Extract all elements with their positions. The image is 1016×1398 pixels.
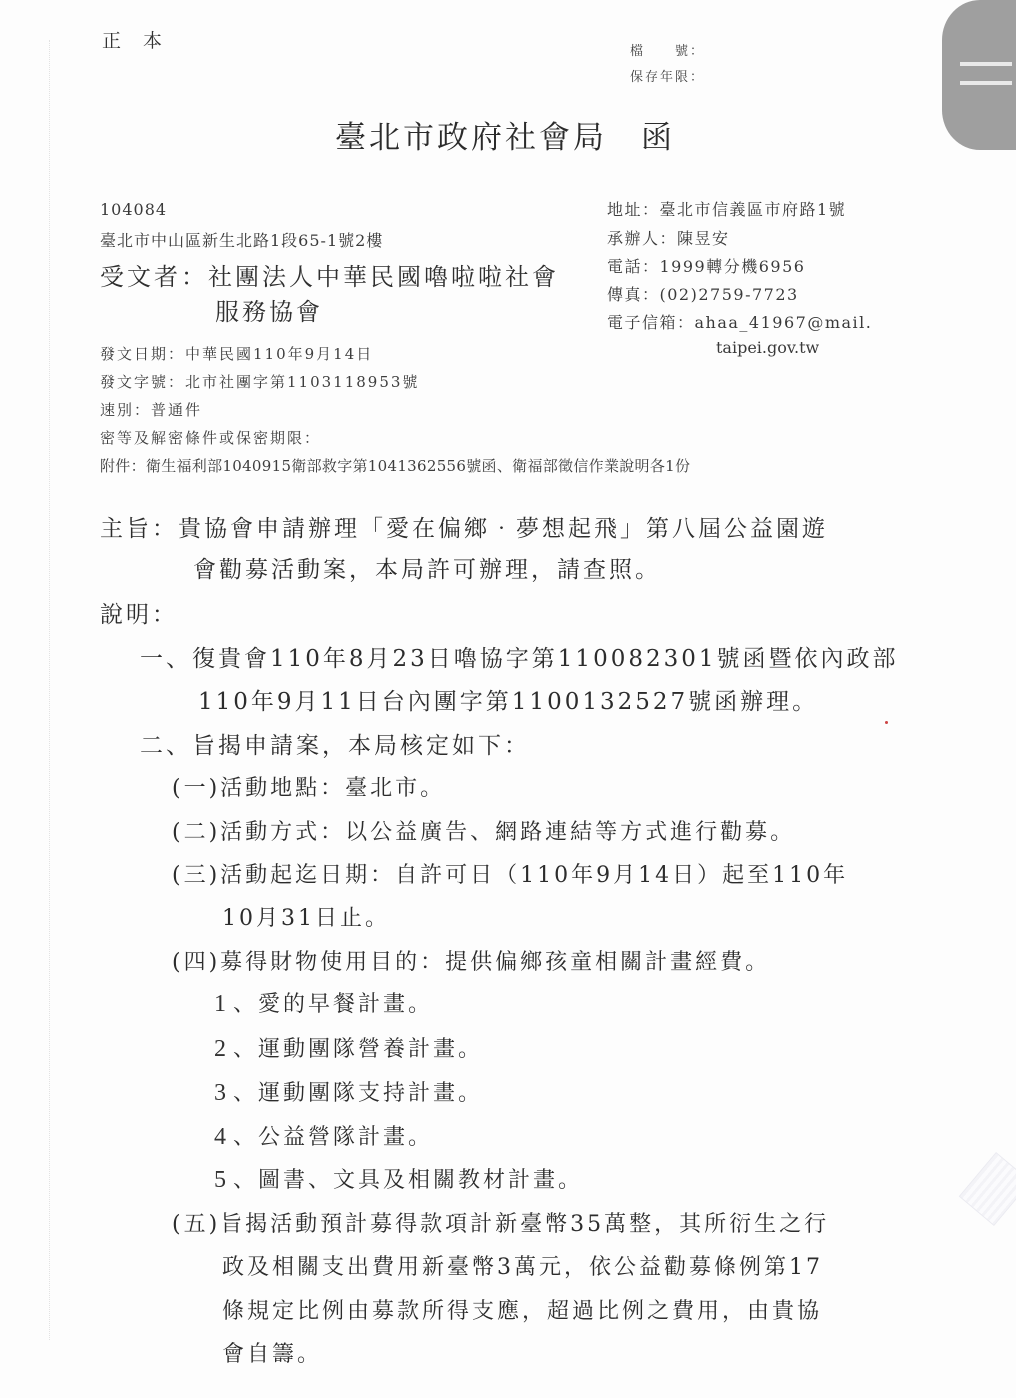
sender-phone: 電話：1999轉分機6956 xyxy=(607,254,805,277)
sender-email-domain: taipei.gov.tw xyxy=(716,338,819,357)
plan-item: 5、圖書、文具及相關教材計畫。 xyxy=(214,1163,583,1194)
retention-period-label: 保存年限： xyxy=(630,66,705,85)
delivery-speed: 速別：普通件 xyxy=(100,399,202,420)
issue-number: 發文字號：北市社團字第1103118953號 xyxy=(100,371,419,392)
explanation-item1-line1: 一、復貴會110年8月23日嚕協字第110082301號函暨依內政部 xyxy=(140,640,899,673)
plan-number: 4 xyxy=(214,1124,229,1150)
plan-item: 1、愛的早餐計畫。 xyxy=(214,987,433,1018)
activity-period-line1: (三)活動起迄日期：自許可日（110年9月14日）起至110年 xyxy=(172,858,848,889)
budget-line4: 會自籌。 xyxy=(222,1337,322,1368)
budget-line2: 政及相關支出費用新臺幣3萬元，依公益勸募條例第17 xyxy=(222,1250,823,1281)
sender-fax: 傳真：(02)2759-7723 xyxy=(607,282,799,305)
plan-number: 2 xyxy=(214,1036,229,1062)
explanation-item2-heading: 二、旨揭申請案，本局核定如下： xyxy=(140,727,530,760)
recipient-line2: 服務協會 xyxy=(215,292,323,327)
recipient-line1: 受文者：社團法人中華民國嚕啦啦社會 xyxy=(100,257,559,292)
sender-address: 地址：臺北市信義區市府路1號 xyxy=(607,197,846,220)
confidentiality: 密等及解密條件或保密期限： xyxy=(100,427,321,448)
budget-line1: (五)旨揭活動預計募得款項計新臺幣35萬整，其所衍生之行 xyxy=(172,1207,829,1238)
activity-method: (二)活動方式：以公益廣告、網路連結等方式進行勸募。 xyxy=(172,815,795,846)
sender-handler: 承辦人：陳昱安 xyxy=(607,226,730,249)
activity-period-line2: 10月31日止。 xyxy=(222,901,390,932)
plan-text: 、公益營隊計畫。 xyxy=(233,1125,433,1150)
plan-number: 5 xyxy=(214,1167,229,1193)
plan-number: 3 xyxy=(214,1080,229,1106)
issue-date: 發文日期：中華民國110年9月14日 xyxy=(100,343,373,364)
file-number-label: 檔 號： xyxy=(630,40,705,59)
plan-text: 、運動團隊營養計畫。 xyxy=(233,1037,483,1062)
explanation-heading: 說明： xyxy=(100,596,178,629)
subject-line2: 會勸募活動案，本局許可辦理，請查照。 xyxy=(193,551,661,584)
plan-text: 、圖書、文具及相關教材計畫。 xyxy=(233,1168,583,1193)
subject-line1: 主旨：貴協會申請辦理「愛在偏鄉‧夢想起飛」第八屆公益園遊 xyxy=(100,510,828,543)
sender-email: 電子信箱：ahaa_41967@mail. xyxy=(607,310,872,333)
faint-stamp xyxy=(959,1152,1016,1226)
side-menu-tab[interactable] xyxy=(942,0,1016,150)
budget-line3: 條規定比例由募款所得支應，超過比例之費用，由貴協 xyxy=(222,1294,822,1325)
document-title: 臺北市政府社會局 函 xyxy=(335,112,675,157)
attachments: 附件：衛生福利部1040915衛部救字第1041362556號函、衛福部徵信作業… xyxy=(100,455,690,476)
binding-margin-line xyxy=(49,40,50,1340)
document-page: 正本 檔 號： 保存年限： 臺北市政府社會局 函 104084 臺北市中山區新生… xyxy=(0,0,1016,1398)
copy-mark: 正本 xyxy=(102,26,184,53)
plan-number: 1 xyxy=(214,991,229,1017)
postal-code: 104084 xyxy=(100,200,167,219)
explanation-item1-line2: 110年9月11日台內團字第1100132527號函辦理。 xyxy=(198,683,818,716)
plan-text: 、愛的早餐計畫。 xyxy=(233,992,433,1017)
plan-item: 2、運動團隊營養計畫。 xyxy=(214,1032,483,1063)
fund-purpose: (四)募得財物使用目的：提供偏鄉孩童相關計畫經費。 xyxy=(172,945,770,976)
ink-mark xyxy=(885,721,888,724)
activity-location: (一)活動地點：臺北市。 xyxy=(172,771,445,802)
recipient-address: 臺北市中山區新生北路1段65-1號2樓 xyxy=(100,228,383,251)
plan-text: 、運動團隊支持計畫。 xyxy=(233,1081,483,1106)
plan-item: 3、運動團隊支持計畫。 xyxy=(214,1076,483,1107)
plan-item: 4、公益營隊計畫。 xyxy=(214,1120,433,1151)
